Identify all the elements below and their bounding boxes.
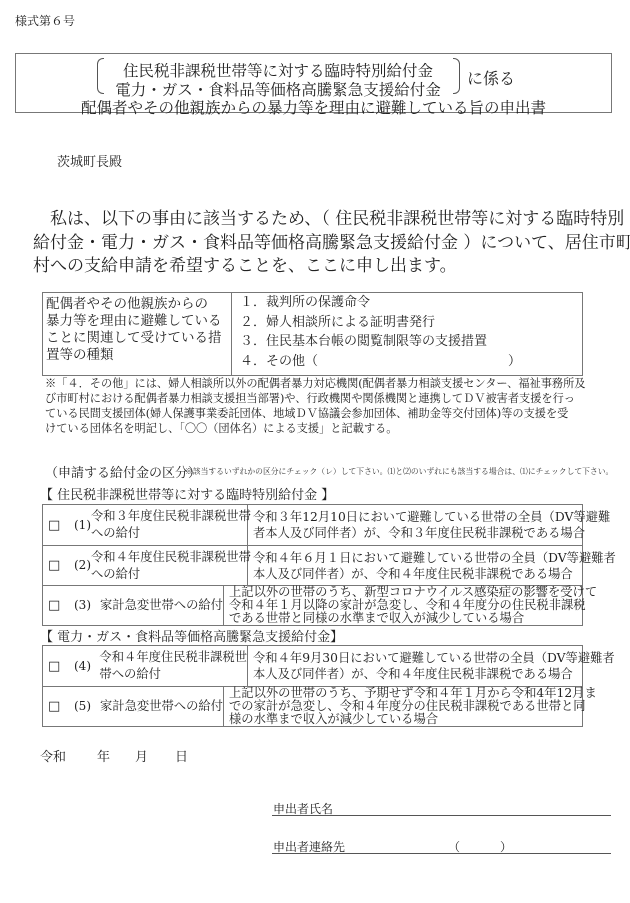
condition-line: 様の水準まで収入が減少している場合 xyxy=(229,713,597,726)
date-year-input[interactable] xyxy=(70,746,95,762)
measures-label-cell: 配偶者やその他親族からの 暴力等を理由に避難している ことに関連して受けている措… xyxy=(43,293,232,375)
benefit-name-line: 帯への給付 xyxy=(99,666,247,683)
benefit-number: (2) xyxy=(74,557,91,574)
benefit-number: (3) xyxy=(74,597,100,614)
declaration-line-2: 給付金・電力・ガス・食料品等価格高騰緊急支援給付金 ）について、居住市町 xyxy=(33,228,630,253)
benefit-name: 家計急変世帯への給付 xyxy=(100,698,223,715)
condition-line: 令和３年12月10日において避難している世帯の全員（DV等避難 xyxy=(253,509,610,525)
condition-line: 令和４年9月30日において避難している世帯の全員（DV等避難者 xyxy=(253,650,615,666)
measures-label-line: ことに関連して受けている措 xyxy=(46,330,231,347)
benefit-table-price-surge: □ (4) 令和４年度住民税非課税世 帯への給付 令和４年9月30日において避難… xyxy=(42,645,583,727)
condition-line: 者本人及び同伴者）が、令和３年度住民税非課税である場合 xyxy=(253,525,610,541)
benefit-name-line: への給付 xyxy=(91,525,251,542)
measure-option-3[interactable]: ３．住民基本台帳の閲覧制限等の支援措置 xyxy=(240,332,582,352)
date-era: 令和 xyxy=(40,746,66,765)
measure-option-1[interactable]: １．裁判所の保護命令 xyxy=(240,293,582,313)
table-row: □ (5) 家計急変世帯への給付 上記以外の世帯のうち、予期せず令和４年１月から… xyxy=(43,686,582,726)
measures-note: ※「４．その他」には、婦人相談所以外の配偶者暴力対応機関(配偶者暴力相談支援セン… xyxy=(45,376,585,436)
measures-label-line: 暴力等を理由に避難している xyxy=(46,313,231,330)
benefit-name-line: 令和４年度住民税非課税世 xyxy=(99,649,247,666)
measure-option-2[interactable]: ２．婦人相談所による証明書発行 xyxy=(240,313,582,333)
condition-line: 令和４年６月１日において避難している世帯の全員（DV等避難者 xyxy=(253,550,616,566)
benefit-table-special: □ (1) 令和３年度住民税非課税世帯 への給付 令和３年12月10日において避… xyxy=(42,504,583,626)
checkbox-benefit-3[interactable]: □ xyxy=(48,597,60,614)
benefit-condition-cell: 令和３年12月10日において避難している世帯の全員（DV等避難 者本人及び同伴者… xyxy=(248,505,610,545)
group-heading-special-benefit: 【 住民税非課税世帯等に対する臨時特別給付金 】 xyxy=(40,484,334,503)
measure-option-4-label: ４．その他（ xyxy=(240,354,318,369)
measures-options-cell: １．裁判所の保護命令 ２．婦人相談所による証明書発行 ３．住民基本台帳の閲覧制限… xyxy=(232,293,582,375)
date-day-label: 日 xyxy=(175,746,188,765)
measures-table: 配偶者やその他親族からの 暴力等を理由に避難している ことに関連して受けている措… xyxy=(42,292,583,376)
measures-label-line: 置等の種類 xyxy=(46,347,231,364)
benefit-condition-cell: 令和４年9月30日において避難している世帯の全員（DV等避難者 本人及び同伴者）… xyxy=(248,646,615,686)
benefit-name-cell: □ (1) 令和３年度住民税非課税世帯 への給付 xyxy=(43,505,248,545)
checkbox-benefit-1[interactable]: □ xyxy=(48,517,60,534)
condition-line: 本人及び同伴者）が、令和４年度住民税非課税である場合 xyxy=(253,666,615,682)
group-heading-price-surge-benefit: 【 電力・ガス・食料品等価格高騰緊急支援給付金】 xyxy=(40,626,343,645)
measure-option-4[interactable]: ４．その他（） xyxy=(240,352,582,372)
declaration-line-3: 村への支給申請を希望することを、ここに申し出ます。 xyxy=(33,251,457,276)
condition-line: である世帯と同様の水準まで収入が減少している場合 xyxy=(229,612,597,625)
benefit-name-line: 家計急変世帯への給付 xyxy=(100,698,223,715)
benefit-name-cell: □ (3) 家計急変世帯への給付 xyxy=(43,586,224,625)
measures-label-line: 配偶者やその他親族からの xyxy=(46,296,231,313)
date-month-label: 月 xyxy=(135,746,148,765)
benefit-section-heading: （申請する給付金の区分） xyxy=(45,462,201,481)
note-line: ている民間支援団体(婦人保護事業委託団体、地域ＤＶ協議会参加団体、補助金等交付団… xyxy=(45,406,585,421)
benefit-name-line: への給付 xyxy=(91,566,251,583)
benefit-section-instruction: ※該当するいずれかの区分にチェック（レ）して下さい。⑴と⑵のいずれにも該当する場… xyxy=(185,466,613,477)
benefit-condition-cell: 上記以外の世帯のうち、予期せず令和４年１月から令和4年12月ま での家計が急変し… xyxy=(224,687,597,726)
condition-line: 本人及び同伴者）が、令和４年度住民税非課税である場合 xyxy=(253,566,616,582)
benefit-number: (5) xyxy=(74,698,100,715)
benefit-number: (1) xyxy=(74,517,91,534)
benefit-name-line: 令和３年度住民税非課税世帯 xyxy=(91,508,251,525)
benefit-name: 家計急変世帯への給付 xyxy=(100,597,223,614)
note-line: ※「４．その他」には、婦人相談所以外の配偶者暴力対応機関(配偶者暴力相談支援セン… xyxy=(45,376,585,391)
benefit-name-cell: □ (5) 家計急変世帯への給付 xyxy=(43,687,224,726)
date-year-label: 年 xyxy=(97,746,110,765)
other-close-paren: ） xyxy=(508,354,521,369)
date-month-input[interactable] xyxy=(112,746,134,762)
applicant-name-input[interactable] xyxy=(340,799,610,815)
benefit-condition-cell: 令和４年６月１日において避難している世帯の全員（DV等避難者 本人及び同伴者）が… xyxy=(248,546,616,585)
declaration-line-1: 私は、以下の事由に該当するため、（ 住民税非課税世帯等に対する臨時特別 xyxy=(50,204,624,229)
benefit-name-line: 令和４年度住民税非課税世帯 xyxy=(91,549,251,566)
benefit-name-cell: □ (4) 令和４年度住民税非課税世 帯への給付 xyxy=(43,646,248,686)
benefit-name: 令和３年度住民税非課税世帯 への給付 xyxy=(91,508,251,542)
benefit-number: (4) xyxy=(74,658,99,675)
form-number: 様式第６号 xyxy=(15,12,75,29)
applicant-contact-input[interactable] xyxy=(340,837,610,853)
applicant-contact-underline xyxy=(272,853,611,854)
title-suffix: に係る xyxy=(467,66,515,89)
benefit-name: 令和４年度住民税非課税世 帯への給付 xyxy=(99,649,247,683)
addressee: 茨城町長殿 xyxy=(57,151,122,170)
table-row: □ (3) 家計急変世帯への給付 上記以外の世帯のうち、新型コロナウイルス感染症… xyxy=(43,585,582,625)
left-bracket-icon xyxy=(97,58,104,94)
applicant-name-underline xyxy=(272,815,611,816)
table-row: □ (4) 令和４年度住民税非課税世 帯への給付 令和４年9月30日において避難… xyxy=(43,646,582,686)
table-row: □ (2) 令和４年度住民税非課税世帯 への給付 令和４年６月１日において避難し… xyxy=(43,545,582,585)
right-bracket-icon xyxy=(453,58,460,94)
note-line: び市町村における配偶者暴力相談支援担当部署)や、行政機関や関係機関と連携してＤＶ… xyxy=(45,391,585,406)
benefit-condition-cell: 上記以外の世帯のうち、新型コロナウイルス感染症の影響を受けて 令和４年１月以降の… xyxy=(224,586,597,625)
date-day-input[interactable] xyxy=(150,746,174,762)
benefit-name-cell: □ (2) 令和４年度住民税非課税世帯 への給付 xyxy=(43,546,248,585)
note-line: けている団体名を明記し、「〇〇（団体名）による支援」と記載する。 xyxy=(45,421,585,436)
checkbox-benefit-2[interactable]: □ xyxy=(48,557,60,574)
benefit-name-line: 家計急変世帯への給付 xyxy=(100,597,223,614)
checkbox-benefit-4[interactable]: □ xyxy=(48,658,60,675)
page-title: 配偶者やその他親族からの暴力等を理由に避難している旨の申出書 xyxy=(15,96,612,118)
checkbox-benefit-5[interactable]: □ xyxy=(48,698,60,715)
benefit-name: 令和４年度住民税非課税世帯 への給付 xyxy=(91,549,251,583)
table-row: □ (1) 令和３年度住民税非課税世帯 への給付 令和３年12月10日において避… xyxy=(43,505,582,545)
